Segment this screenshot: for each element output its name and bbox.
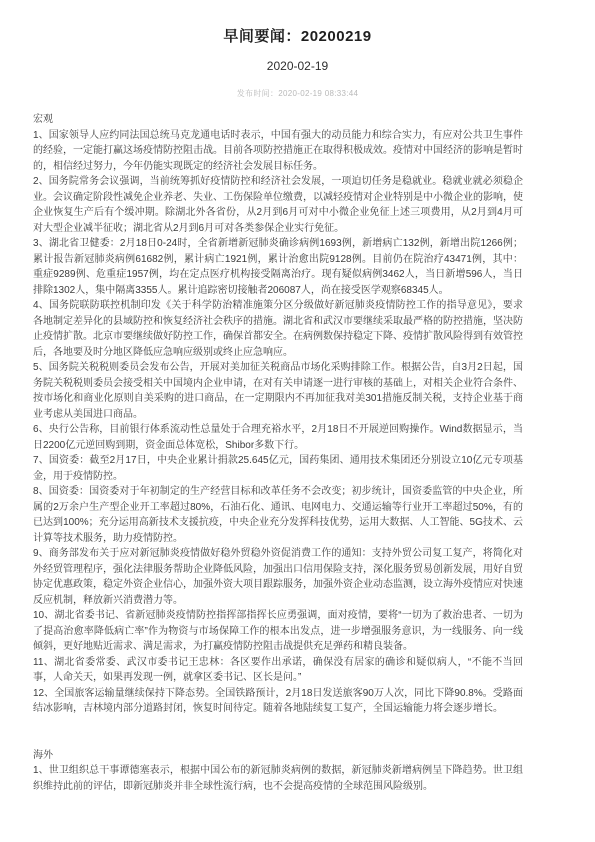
document-page: 早间要闻：20200219 2020-02-19 发布时间：2020-02-19… <box>0 0 595 842</box>
news-item-macro-8: 8、国资委：国资委对于年初制定的生产经营目标和改革任务不会改变；初步统计，国资委… <box>33 484 523 546</box>
document-date: 2020-02-19 <box>0 59 595 73</box>
publish-time-line: 发布时间：2020-02-19 08:33:44 <box>0 89 595 99</box>
news-item-macro-1: 1、国家领导人应约同法国总统马克龙通电话时表示，中国有强大的动员能力和综合实力，… <box>33 128 523 175</box>
page-title: 早间要闻：20200219 <box>0 28 595 46</box>
publish-time-value: 2020-02-19 08:33:44 <box>278 89 358 98</box>
news-item-macro-12: 12、全国旅客运输量继续保持下降态势。全国铁路预计，2月18日发送旅客90万人次… <box>33 686 523 717</box>
news-item-macro-10: 10、湖北省委书记、省新冠肺炎疫情防控指挥部指挥长应勇强调，面对疫情，要将“一切… <box>33 608 523 655</box>
news-item-macro-7: 7、国资委：截至2月17日，中央企业累计捐款25.645亿元，国药集团、通用技术… <box>33 453 523 484</box>
publish-time-label: 发布时间： <box>237 89 279 98</box>
news-item-macro-6: 6、央行公告称，目前银行体系流动性总量处于合理充裕水平，2月18日不开展逆回购操… <box>33 422 523 453</box>
news-item-overseas-1: 1、世卫组织总干事谭德塞表示，根据中国公布的新冠肺炎病例的数据，新冠肺炎新增病例… <box>33 763 523 794</box>
document-header: 早间要闻：20200219 2020-02-19 发布时间：2020-02-19… <box>0 0 595 99</box>
news-item-macro-11: 11、湖北省委常委、武汉市委书记王忠林：各区要作出承诺，确保没有居家的确诊和疑似… <box>33 655 523 686</box>
section-heading-macro: 宏观 <box>33 112 523 128</box>
news-item-macro-4: 4、国务院联防联控机制印发《关于科学防治精准施策分区分级做好新冠肺炎疫情防控工作… <box>33 298 523 360</box>
news-item-macro-2: 2、国务院常务会议强调，当前统筹抓好疫情防控和经济社会发展，一项迫切任务是稳就业… <box>33 174 523 236</box>
news-item-macro-5: 5、国务院关税税则委员会发布公告，开展对美加征关税商品市场化采购排除工作。根据公… <box>33 360 523 422</box>
news-item-macro-9: 9、商务部发布关于应对新冠肺炎疫情做好稳外贸稳外资促消费工作的通知：支持外贸公司… <box>33 546 523 608</box>
section-heading-overseas: 海外 <box>33 748 523 764</box>
news-item-macro-3: 3、湖北省卫健委：2月18日0-24时，全省新增新冠肺炎确诊病例1693例，新增… <box>33 236 523 298</box>
document-body: 宏观 1、国家领导人应约同法国总统马克龙通电话时表示，中国有强大的动员能力和综合… <box>33 112 523 794</box>
